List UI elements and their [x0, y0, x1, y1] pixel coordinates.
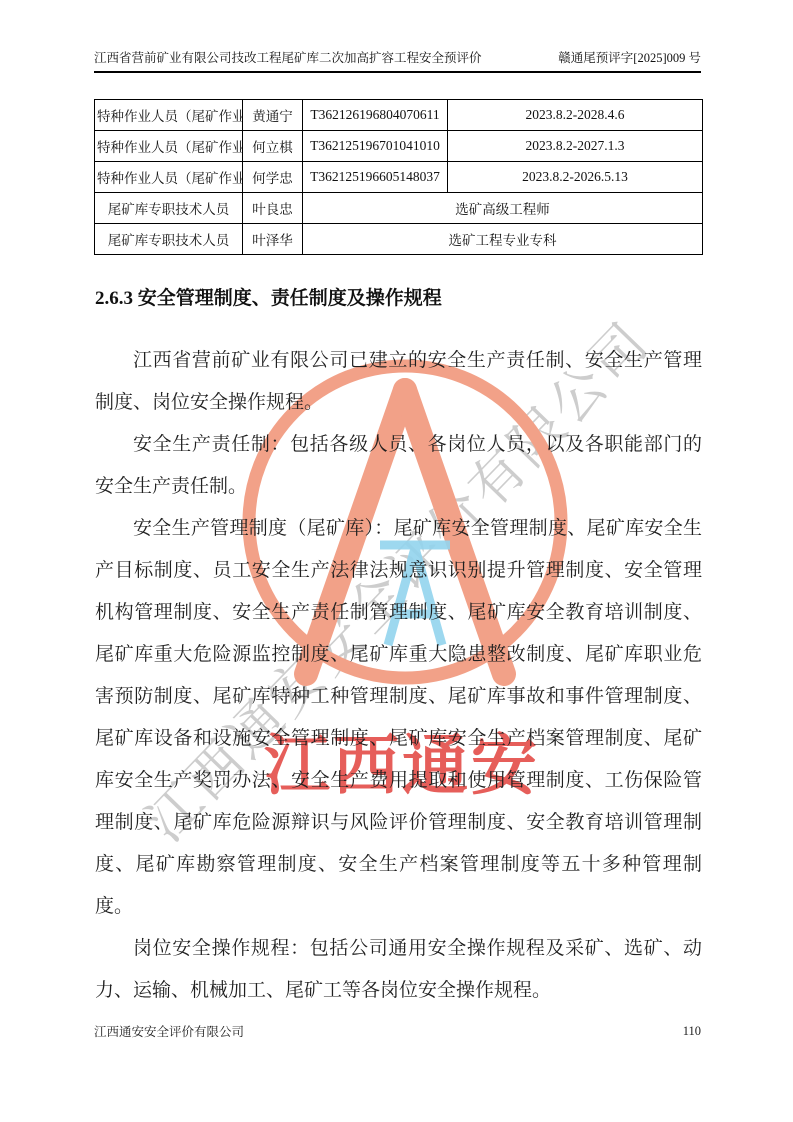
table-cell: 2023.8.2-2026.5.13	[448, 162, 703, 193]
header-title: 江西省营前矿业有限公司技改工程尾矿库二次加高扩容工程安全预评价	[94, 48, 482, 66]
table-row: 特种作业人员（尾矿作业） 黄通宁 T362126196804070611 202…	[95, 100, 703, 131]
table-cell: 特种作业人员（尾矿作业）	[95, 100, 243, 131]
content-layer: 江西省营前矿业有限公司技改工程尾矿库二次加高扩容工程安全预评价 赣通尾预评字[2…	[0, 0, 793, 1122]
paragraph: 安全生产责任制：包括各级人员、各岗位人员，以及各职能部门的安全生产责任制。	[95, 424, 702, 508]
table-cell: 特种作业人员（尾矿作业）	[95, 162, 243, 193]
header-doc-number: 赣通尾预评字[2025]009 号	[558, 48, 701, 66]
table-cell: T362125196605148037	[303, 162, 448, 193]
table-row: 特种作业人员（尾矿作业） 何学忠 T362125196605148037 202…	[95, 162, 703, 193]
table-cell: 特种作业人员（尾矿作业）	[95, 131, 243, 162]
page-footer: 江西通安安全评价有限公司 110	[94, 1022, 701, 1040]
table-cell: 尾矿库专职技术人员	[95, 224, 243, 255]
paragraph: 岗位安全操作规程：包括公司通用安全操作规程及采矿、选矿、动力、运输、机械加工、尾…	[95, 928, 702, 1012]
table-row: 特种作业人员（尾矿作业） 何立棋 T362125196701041010 202…	[95, 131, 703, 162]
page-header: 江西省营前矿业有限公司技改工程尾矿库二次加高扩容工程安全预评价 赣通尾预评字[2…	[94, 48, 701, 73]
table-cell: 2023.8.2-2028.4.6	[448, 100, 703, 131]
footer-company: 江西通安安全评价有限公司	[94, 1022, 244, 1040]
paragraph: 安全生产管理制度（尾矿库）：尾矿库安全管理制度、尾矿库安全生产目标制度、员工安全…	[95, 508, 702, 928]
table-cell: 选矿工程专业专科	[303, 224, 703, 255]
personnel-table: 特种作业人员（尾矿作业） 黄通宁 T362126196804070611 202…	[94, 99, 703, 255]
table-cell: 何学忠	[243, 162, 303, 193]
table-cell: 黄通宁	[243, 100, 303, 131]
section-heading: 2.6.3 安全管理制度、责任制度及操作规程	[95, 278, 702, 320]
footer-page-number: 110	[683, 1024, 701, 1039]
paragraph: 江西省营前矿业有限公司已建立的安全生产责任制、安全生产管理制度、岗位安全操作规程…	[95, 340, 702, 424]
table-cell: 叶良忠	[243, 193, 303, 224]
table-cell: 何立棋	[243, 131, 303, 162]
table-row: 尾矿库专职技术人员 叶泽华 选矿工程专业专科	[95, 224, 703, 255]
table-cell: 叶泽华	[243, 224, 303, 255]
section-body: 2.6.3 安全管理制度、责任制度及操作规程 江西省营前矿业有限公司已建立的安全…	[95, 278, 702, 1012]
document-page: 江西通安安全评价有限公司 江西通安 江西省营前矿业有限公司技改工程尾矿库二次加高…	[0, 0, 793, 1122]
table-cell: 选矿高级工程师	[303, 193, 703, 224]
table-cell: 2023.8.2-2027.1.3	[448, 131, 703, 162]
table-cell: T362126196804070611	[303, 100, 448, 131]
table-cell: T362125196701041010	[303, 131, 448, 162]
table-row: 尾矿库专职技术人员 叶良忠 选矿高级工程师	[95, 193, 703, 224]
table-cell: 尾矿库专职技术人员	[95, 193, 243, 224]
